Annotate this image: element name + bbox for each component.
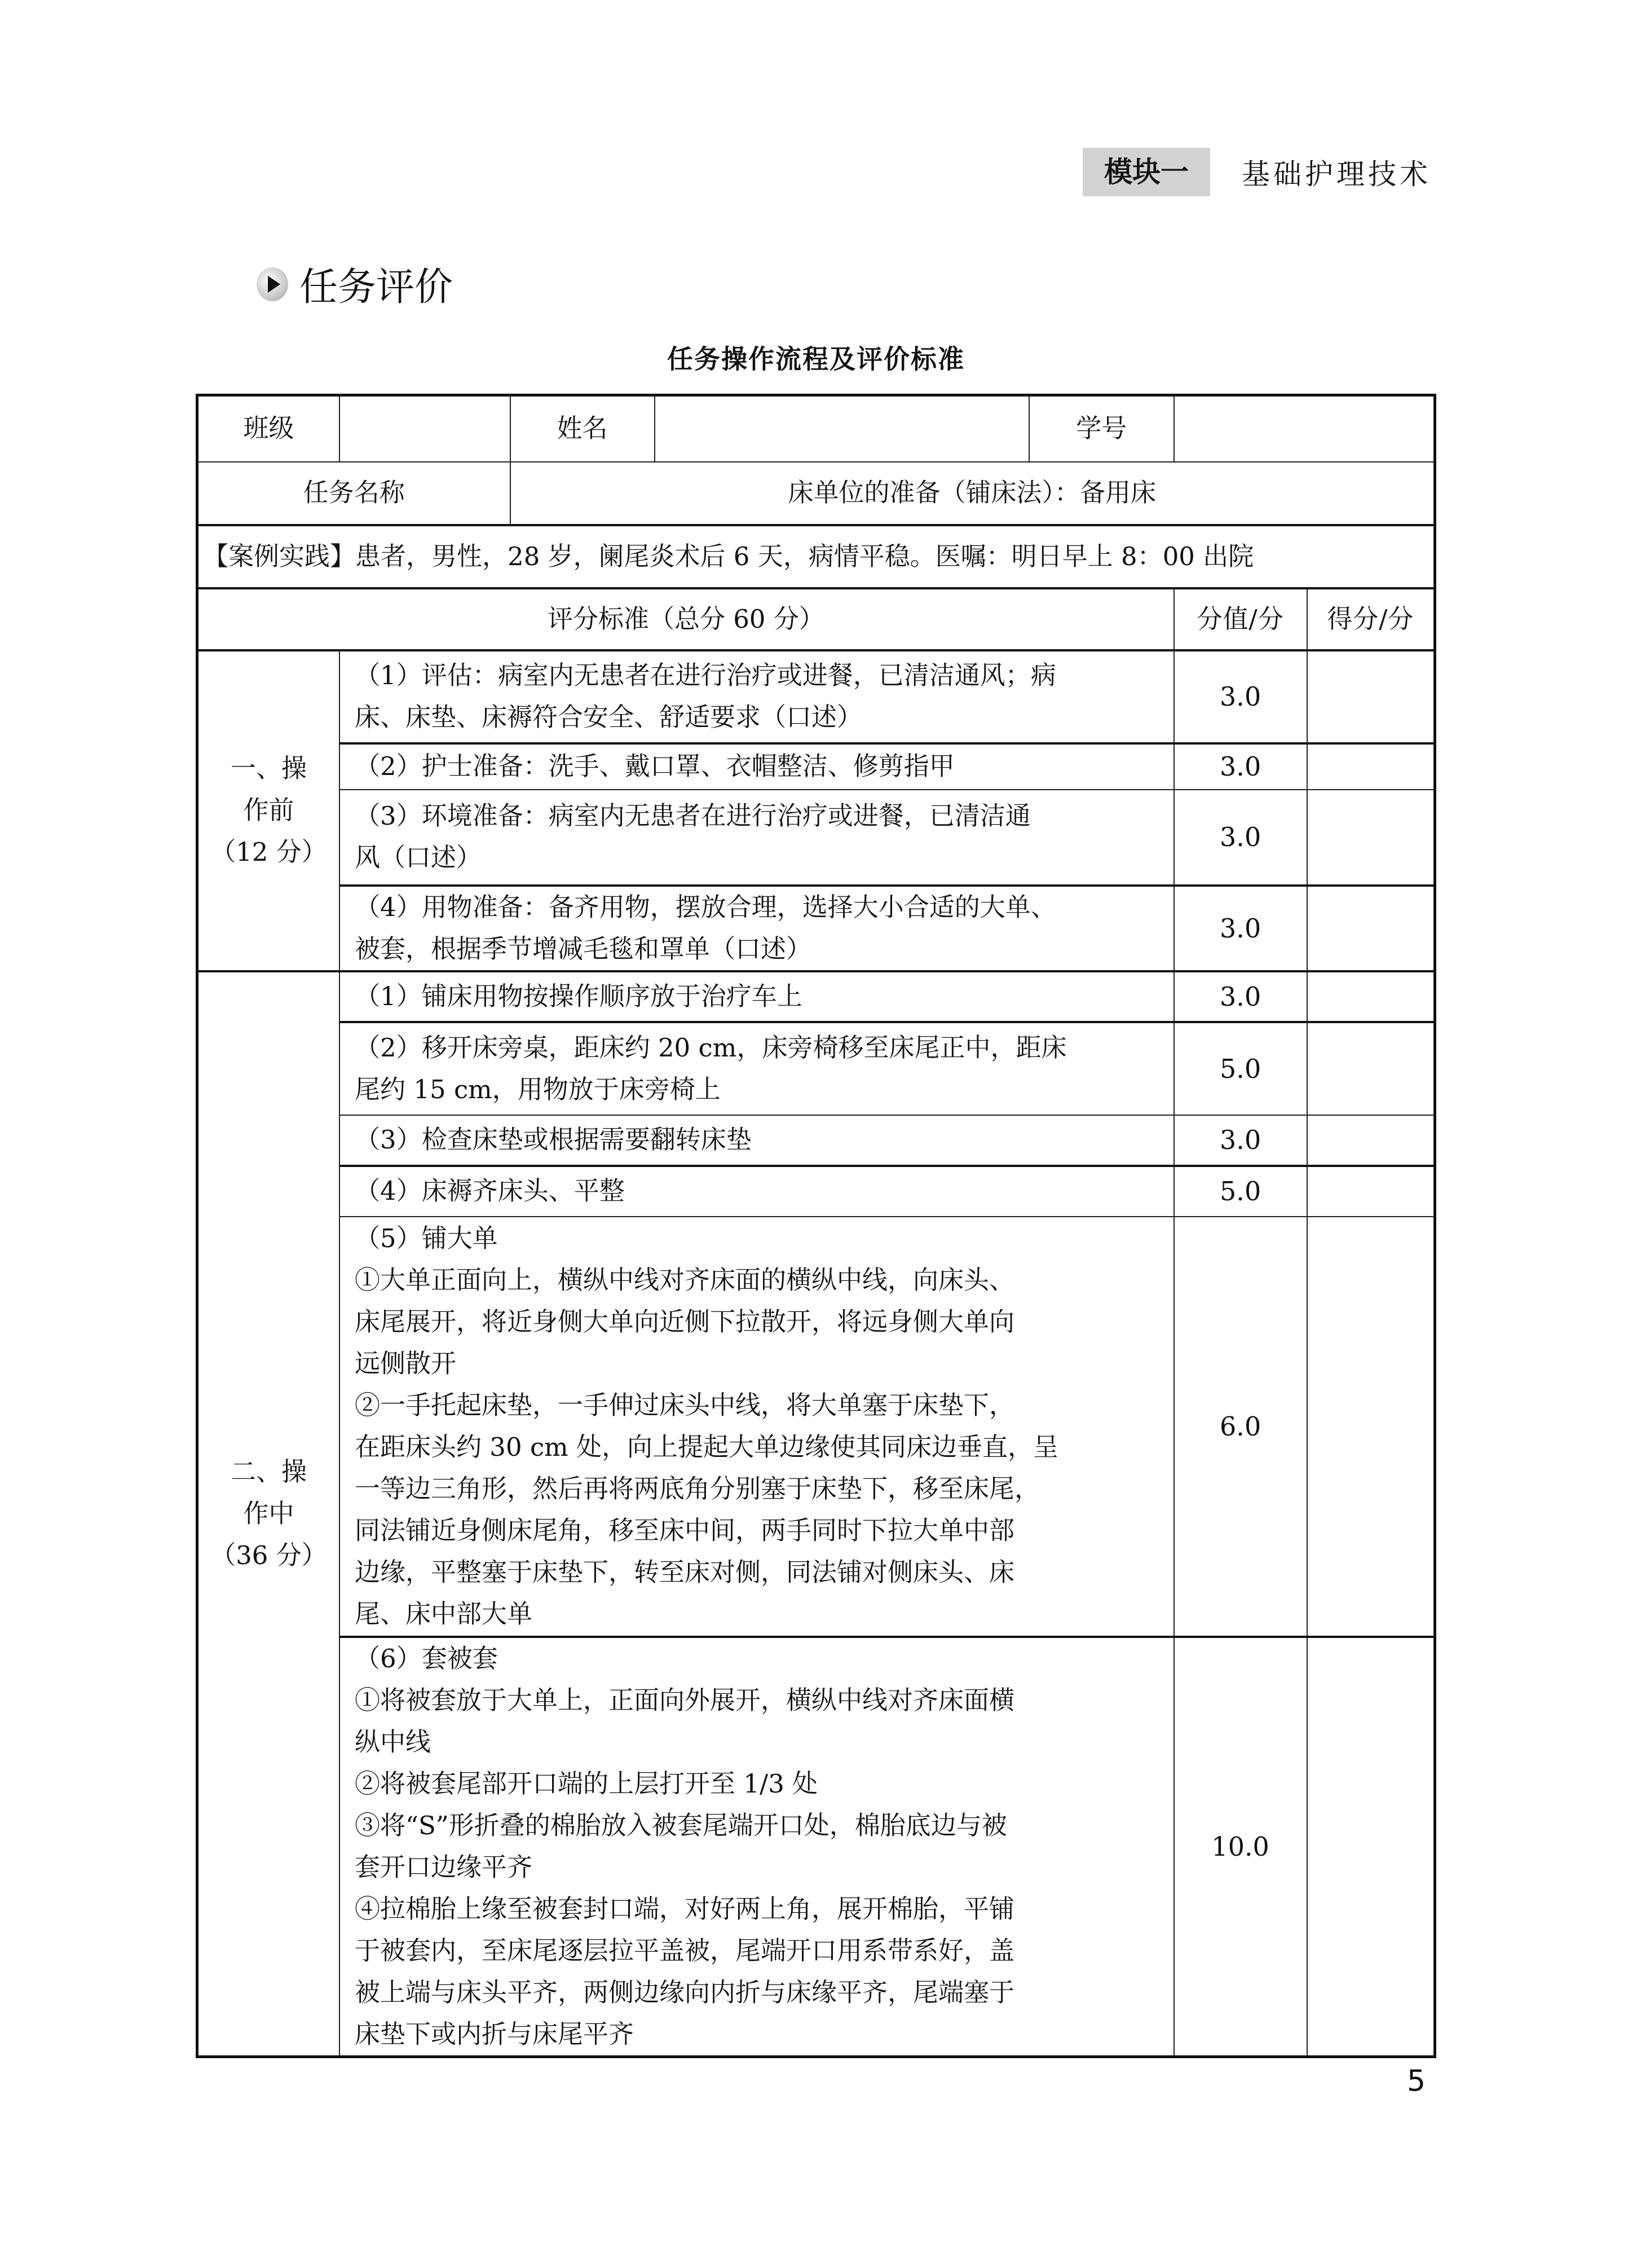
criteria-header: 评分标准（总分 60 分） bbox=[197, 588, 1174, 650]
category-line: 作前 bbox=[203, 790, 334, 831]
criteria-text: （1）评估：病室内无患者在进行治疗或进餐，已清洁通风；病床、床垫、床褥符合安全、… bbox=[339, 650, 1174, 743]
student-id-label: 学号 bbox=[1029, 395, 1174, 462]
category-line: 作中 bbox=[203, 1493, 334, 1535]
criteria-text: （1）铺床用物按操作顺序放于治疗车上 bbox=[339, 971, 1174, 1022]
category-cell: 一、操作前（12 分） bbox=[197, 650, 340, 971]
criteria-row: 二、操作中（36 分）（1）铺床用物按操作顺序放于治疗车上3.0 bbox=[197, 971, 1435, 1022]
criteria-line: （6）套被套 bbox=[355, 1638, 1159, 1680]
score-field[interactable] bbox=[1307, 971, 1435, 1022]
criteria-line: （4）床褥齐床头、平整 bbox=[355, 1170, 1159, 1212]
criteria-line: 被套，根据季节增减毛毯和罩单（口述） bbox=[355, 928, 1159, 970]
criteria-text: （4）床褥齐床头、平整 bbox=[339, 1166, 1174, 1217]
score-field[interactable] bbox=[1307, 1217, 1435, 1637]
criteria-text: （6）套被套①将被套放于大单上，正面向外展开，横纵中线对齐床面横纵中线②将被套尾… bbox=[339, 1637, 1174, 2057]
criteria-line: 纵中线 bbox=[355, 1721, 1159, 1763]
criteria-line: 尾、床中部大单 bbox=[355, 1593, 1159, 1635]
score-field[interactable] bbox=[1307, 1166, 1435, 1217]
points-header: 分值/分 bbox=[1174, 588, 1307, 650]
criteria-line: ③将“S”形折叠的棉胎放入被套尾端开口处，棉胎底边与被 bbox=[355, 1805, 1159, 1847]
points-value: 5.0 bbox=[1174, 1022, 1307, 1115]
running-head: 模块一 基础护理技术 bbox=[1083, 148, 1431, 196]
task-name-value: 床单位的准备（铺床法）：备用床 bbox=[510, 462, 1435, 525]
criteria-row: （6）套被套①将被套放于大单上，正面向外展开，横纵中线对齐床面横纵中线②将被套尾… bbox=[197, 1637, 1435, 2057]
class-label: 班级 bbox=[197, 395, 340, 462]
criteria-text: （4）用物准备：备齐用物，摆放合理，选择大小合适的大单、被套，根据季节增减毛毯和… bbox=[339, 886, 1174, 971]
criteria-line: 远侧散开 bbox=[355, 1343, 1159, 1385]
score-field[interactable] bbox=[1307, 1022, 1435, 1115]
criteria-line: 床尾展开，将近身侧大单向近侧下拉散开，将远身侧大单向 bbox=[355, 1301, 1159, 1343]
criteria-line: ①将被套放于大单上，正面向外展开，横纵中线对齐床面横 bbox=[355, 1680, 1159, 1721]
section-title: 任务评价 bbox=[299, 257, 453, 311]
criteria-line: （4）用物准备：备齐用物，摆放合理，选择大小合适的大单、 bbox=[355, 887, 1159, 928]
criteria-line: （2）移开床旁桌，距床约 20 cm，床旁椅移至床尾正中，距床 bbox=[355, 1027, 1159, 1069]
criteria-line: ①大单正面向上，横纵中线对齐床面的横纵中线，向床头、 bbox=[355, 1259, 1159, 1301]
score-field[interactable] bbox=[1307, 1637, 1435, 2057]
case-practice-text: 【案例实践】患者，男性，28 岁，阑尾炎术后 6 天，病情平稳。医嘱：明日早上 … bbox=[197, 525, 1435, 588]
criteria-line: 尾约 15 cm，用物放于床旁椅上 bbox=[355, 1069, 1159, 1111]
evaluation-table: 班级 姓名 学号 任务名称 床单位的准备（铺床法）：备用床 【案例实践】患者，男… bbox=[196, 394, 1436, 2058]
criteria-text: （5）铺大单①大单正面向上，横纵中线对齐床面的横纵中线，向床头、床尾展开，将近身… bbox=[339, 1217, 1174, 1637]
points-value: 3.0 bbox=[1174, 886, 1307, 971]
score-header: 得分/分 bbox=[1307, 588, 1435, 650]
header-row: 评分标准（总分 60 分） 分值/分 得分/分 bbox=[197, 588, 1435, 650]
info-row: 班级 姓名 学号 bbox=[197, 395, 1435, 462]
page-number: 5 bbox=[1407, 2064, 1426, 2098]
category-line: 一、操 bbox=[203, 748, 334, 790]
points-value: 3.0 bbox=[1174, 650, 1307, 743]
criteria-row: 一、操作前（12 分）（1）评估：病室内无患者在进行治疗或进餐，已清洁通风；病床… bbox=[197, 650, 1435, 743]
criteria-row: （4）床褥齐床头、平整5.0 bbox=[197, 1166, 1435, 1217]
table-caption: 任务操作流程及评价标准 bbox=[196, 338, 1436, 376]
play-circle-icon bbox=[257, 267, 288, 301]
criteria-line: ②一手托起床垫，一手伸过床头中线，将大单塞于床垫下， bbox=[355, 1385, 1159, 1426]
criteria-text: （3）环境准备：病室内无患者在进行治疗或进餐，已清洁通风（口述） bbox=[339, 790, 1174, 886]
criteria-row: （3）环境准备：病室内无患者在进行治疗或进餐，已清洁通风（口述）3.0 bbox=[197, 790, 1435, 886]
category-line: （36 分） bbox=[203, 1535, 334, 1576]
score-field[interactable] bbox=[1307, 886, 1435, 971]
student-id-field[interactable] bbox=[1174, 395, 1435, 462]
points-value: 5.0 bbox=[1174, 1166, 1307, 1217]
criteria-line: 被上端与床头平齐，两侧边缘向内折与床缘平齐，尾端塞于 bbox=[355, 1972, 1159, 2014]
criteria-row: （2）护士准备：洗手、戴口罩、衣帽整洁、修剪指甲3.0 bbox=[197, 743, 1435, 790]
module-tag: 模块一 bbox=[1083, 148, 1210, 196]
criteria-row: （3）检查床垫或根据需要翻转床垫3.0 bbox=[197, 1115, 1435, 1166]
criteria-row: （5）铺大单①大单正面向上，横纵中线对齐床面的横纵中线，向床头、床尾展开，将近身… bbox=[197, 1217, 1435, 1637]
points-value: 3.0 bbox=[1174, 1115, 1307, 1166]
criteria-line: （1）铺床用物按操作顺序放于治疗车上 bbox=[355, 976, 1159, 1018]
criteria-line: ②将被套尾部开口端的上层打开至 1/3 处 bbox=[355, 1763, 1159, 1805]
points-value: 3.0 bbox=[1174, 743, 1307, 790]
task-name-label: 任务名称 bbox=[197, 462, 510, 525]
category-cell: 二、操作中（36 分） bbox=[197, 971, 340, 2057]
criteria-line: 床垫下或内折与床尾平齐 bbox=[355, 2014, 1159, 2055]
points-value: 3.0 bbox=[1174, 790, 1307, 886]
criteria-text: （2）护士准备：洗手、戴口罩、衣帽整洁、修剪指甲 bbox=[339, 743, 1174, 790]
module-name: 基础护理技术 bbox=[1242, 152, 1431, 192]
name-label: 姓名 bbox=[510, 395, 655, 462]
criteria-line: 在距床头约 30 cm 处，向上提起大单边缘使其同床边垂直，呈 bbox=[355, 1426, 1159, 1468]
criteria-line: 同法铺近身侧床尾角，移至床中间，两手同时下拉大单中部 bbox=[355, 1510, 1159, 1552]
case-row: 【案例实践】患者，男性，28 岁，阑尾炎术后 6 天，病情平稳。医嘱：明日早上 … bbox=[197, 525, 1435, 588]
criteria-text: （2）移开床旁桌，距床约 20 cm，床旁椅移至床尾正中，距床尾约 15 cm，… bbox=[339, 1022, 1174, 1115]
criteria-line: 于被套内，至床尾逐层拉平盖被，尾端开口用系带系好，盖 bbox=[355, 1930, 1159, 1972]
criteria-text: （3）检查床垫或根据需要翻转床垫 bbox=[339, 1115, 1174, 1166]
criteria-line: （5）铺大单 bbox=[355, 1218, 1159, 1259]
task-row: 任务名称 床单位的准备（铺床法）：备用床 bbox=[197, 462, 1435, 525]
criteria-line: 风（口述） bbox=[355, 837, 1159, 879]
criteria-line: （2）护士准备：洗手、戴口罩、衣帽整洁、修剪指甲 bbox=[355, 746, 1159, 787]
name-field[interactable] bbox=[655, 395, 1029, 462]
criteria-line: ④拉棉胎上缘至被套封口端，对好两上角，展开棉胎，平铺 bbox=[355, 1888, 1159, 1930]
criteria-line: 边缘，平整塞于床垫下，转至床对侧，同法铺对侧床头、床 bbox=[355, 1552, 1159, 1593]
points-value: 6.0 bbox=[1174, 1217, 1307, 1637]
criteria-line: （3）检查床垫或根据需要翻转床垫 bbox=[355, 1119, 1159, 1161]
class-field[interactable] bbox=[339, 395, 510, 462]
criteria-line: 床、床垫、床褥符合安全、舒适要求（口述） bbox=[355, 697, 1159, 738]
category-line: （12 分） bbox=[203, 831, 334, 873]
criteria-row: （2）移开床旁桌，距床约 20 cm，床旁椅移至床尾正中，距床尾约 15 cm，… bbox=[197, 1022, 1435, 1115]
category-line: 二、操 bbox=[203, 1451, 334, 1493]
criteria-line: （1）评估：病室内无患者在进行治疗或进餐，已清洁通风；病 bbox=[355, 655, 1159, 697]
criteria-line: 一等边三角形，然后再将两底角分别塞于床垫下，移至床尾， bbox=[355, 1468, 1159, 1510]
points-value: 10.0 bbox=[1174, 1637, 1307, 2057]
criteria-row: （4）用物准备：备齐用物，摆放合理，选择大小合适的大单、被套，根据季节增减毛毯和… bbox=[197, 886, 1435, 971]
score-field[interactable] bbox=[1307, 743, 1435, 790]
score-field[interactable] bbox=[1307, 1115, 1435, 1166]
criteria-line: 套开口边缘平齐 bbox=[355, 1847, 1159, 1888]
section-heading: 任务评价 bbox=[257, 257, 453, 311]
score-field[interactable] bbox=[1307, 650, 1435, 743]
points-value: 3.0 bbox=[1174, 971, 1307, 1022]
criteria-line: （3）环境准备：病室内无患者在进行治疗或进餐，已清洁通 bbox=[355, 795, 1159, 837]
score-field[interactable] bbox=[1307, 790, 1435, 886]
